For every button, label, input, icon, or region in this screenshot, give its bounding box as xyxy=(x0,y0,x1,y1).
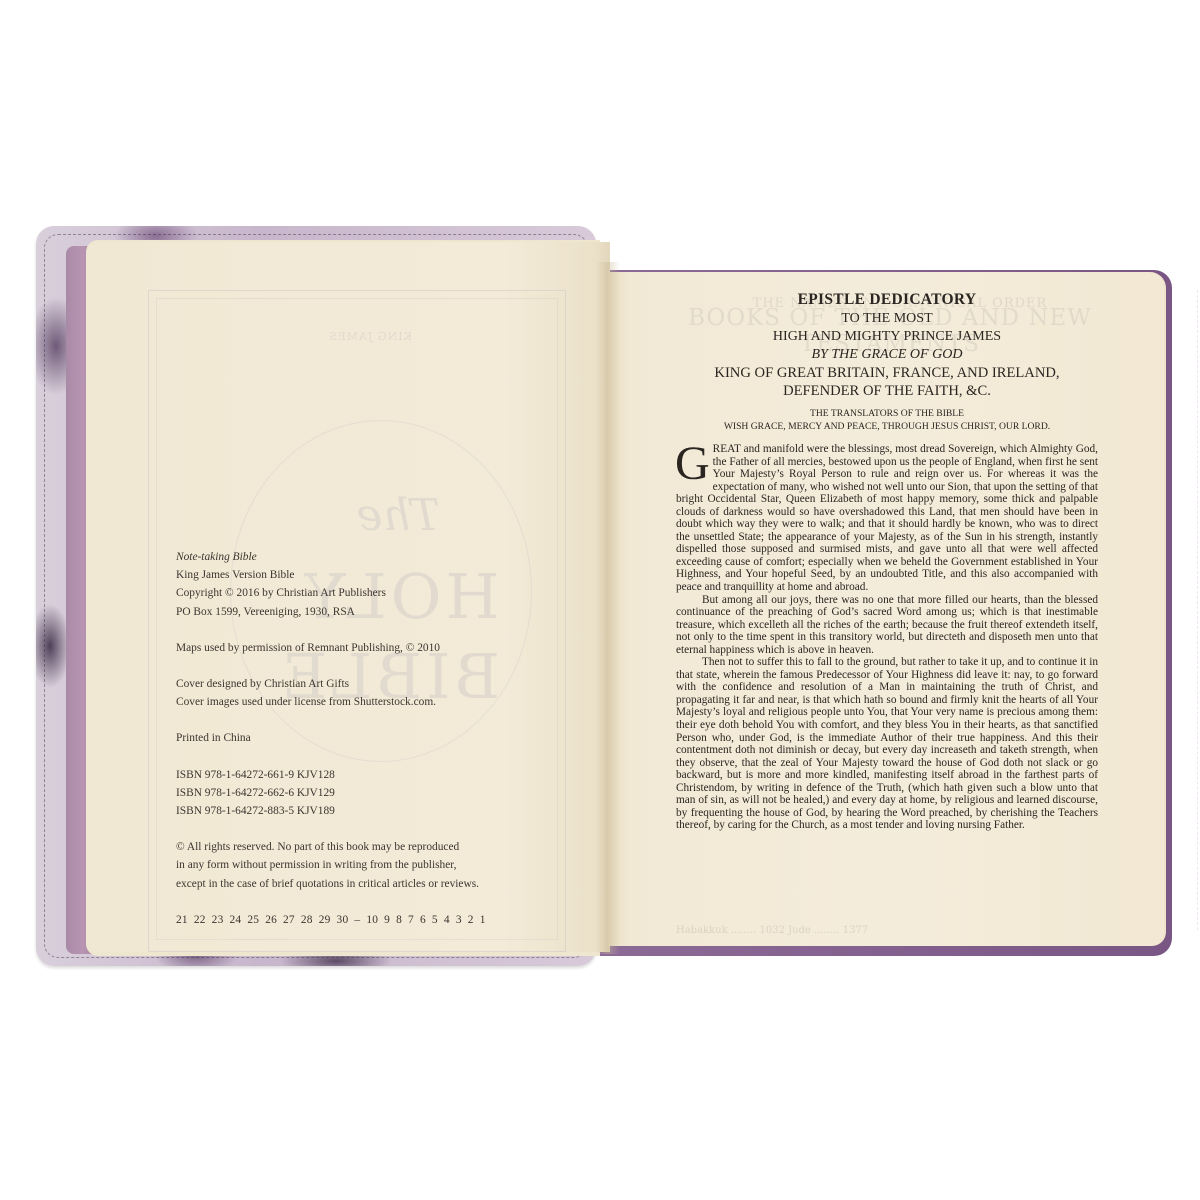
print-line: 21 22 23 24 25 26 27 28 29 30 – 10 9 8 7… xyxy=(176,911,516,929)
body-text: G REAT and manifold were the blessings, … xyxy=(676,443,1098,832)
drop-cap: G xyxy=(675,445,710,483)
paragraph: But among all our joys, there was no one… xyxy=(676,594,1098,657)
printed-in: Printed in China xyxy=(176,729,516,747)
rights-line: except in the case of brief quotations i… xyxy=(176,875,516,893)
cover-credit: Cover images used under license from Shu… xyxy=(176,693,516,711)
page-title: EPISTLE DEDICATORY xyxy=(676,290,1098,310)
heading-line: KING OF GREAT BRITAIN, FRANCE, AND IRELA… xyxy=(676,364,1098,382)
gutter xyxy=(596,262,620,954)
rights-line: © All rights reserved. No part of this b… xyxy=(176,838,516,856)
book-title: Note-taking Bible xyxy=(176,548,516,566)
show-through-the: The xyxy=(360,490,440,541)
subheading: THE TRANSLATORS OF THE BIBLE xyxy=(676,407,1098,420)
show-through-header: KING JAMES xyxy=(250,330,490,343)
copyright-line: Copyright © 2016 by Christian Art Publis… xyxy=(176,584,516,602)
isbn-line: ISBN 978-1-64272-661-9 KJV128 xyxy=(176,766,516,784)
isbn-line: ISBN 978-1-64272-883-5 KJV189 xyxy=(176,802,516,820)
maps-credit: Maps used by permission of Remnant Publi… xyxy=(176,639,516,657)
cover-stitching xyxy=(1191,290,1198,930)
heading-line: TO THE MOST xyxy=(676,310,1098,328)
heading-line: DEFENDER OF THE FAITH, &C. xyxy=(676,382,1098,400)
paragraph: Then not to suffer this to fall to the g… xyxy=(676,656,1098,832)
paragraph: REAT and manifold were the blessings, mo… xyxy=(676,443,1098,594)
isbn-line: ISBN 978-1-64272-662-6 KJV129 xyxy=(176,784,516,802)
heading-line: HIGH AND MIGHTY PRINCE JAMES xyxy=(676,328,1098,346)
show-through-footer: Habakkuk ........ 1032 Jude ........ 137… xyxy=(676,925,1096,936)
rights-line: in any form without permission in writin… xyxy=(176,856,516,874)
copyright-block: Note-taking Bible King James Version Bib… xyxy=(176,548,516,929)
subheading: WISH GRACE, MERCY AND PEACE, THROUGH JES… xyxy=(676,420,1098,433)
epistle-dedicatory: EPISTLE DEDICATORY TO THE MOST HIGH AND … xyxy=(676,290,1098,832)
cover-credit: Cover designed by Christian Art Gifts xyxy=(176,675,516,693)
copyright-line: King James Version Bible xyxy=(176,566,516,584)
heading-line: BY THE GRACE OF GOD xyxy=(676,346,1098,364)
copyright-line: PO Box 1599, Vereeniging, 1930, RSA xyxy=(176,603,516,621)
